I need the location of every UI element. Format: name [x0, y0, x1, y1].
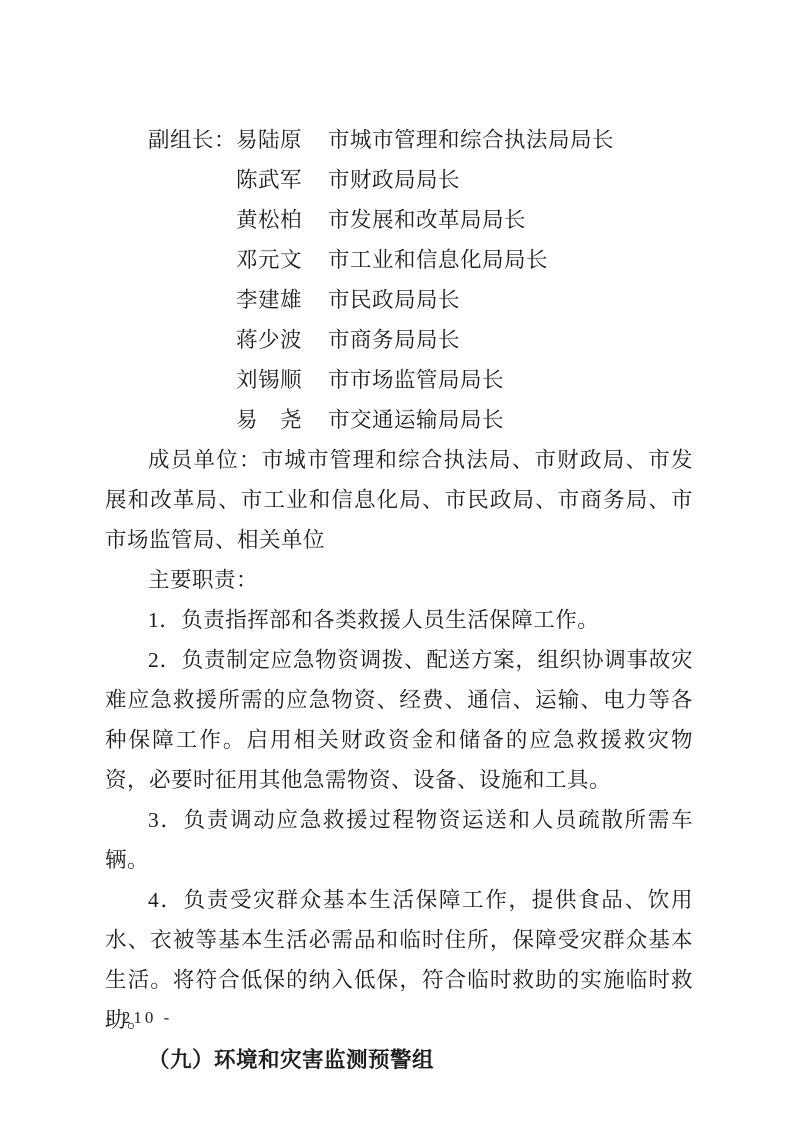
person-title: 市发展和改革局局长 — [328, 200, 526, 240]
person-title: 市商务局局长 — [328, 320, 460, 360]
person-name: 易 尧 — [236, 400, 304, 440]
page-number: - 210 - — [106, 1004, 172, 1032]
person-title: 市交通运输局局长 — [328, 400, 504, 440]
person-name: 邓元文 — [236, 240, 304, 280]
person-name: 易陆原 — [236, 120, 304, 160]
person-title: 市工业和信息化局局长 — [328, 240, 548, 280]
duty-item-3: 3．负责调动应急救援过程物资运送和人员疏散所需车辆。 — [105, 800, 693, 880]
member-units-paragraph: 成员单位：市城市管理和综合执法局、市财政局、市发展和改革局、市工业和信息化局、市… — [105, 440, 693, 560]
deputy-leader-row: 邓元文 市工业和信息化局局长 — [105, 240, 693, 280]
deputy-leaders-label: 副组长： — [148, 120, 236, 160]
indent-spacer — [148, 200, 236, 240]
indent-spacer — [148, 280, 236, 320]
person-name: 黄松柏 — [236, 200, 304, 240]
person-name: 陈武军 — [236, 160, 304, 200]
indent-spacer — [148, 360, 236, 400]
deputy-leader-row: 易 尧 市交通运输局局长 — [105, 400, 693, 440]
duty-item-4: 4．负责受灾群众基本生活保障工作，提供食品、饮用水、衣被等基本生活必需品和临时住… — [105, 880, 693, 1040]
person-name: 李建雄 — [236, 280, 304, 320]
duty-item-1: 1．负责指挥部和各类救援人员生活保障工作。 — [105, 600, 693, 640]
indent-spacer — [148, 320, 236, 360]
person-name: 蒋少波 — [236, 320, 304, 360]
indent-spacer — [148, 400, 236, 440]
deputy-leader-row: 刘锡顺 市市场监管局局长 — [105, 360, 693, 400]
deputy-leader-row: 副组长： 易陆原 市城市管理和综合执法局局长 — [105, 120, 693, 160]
deputy-leader-row: 黄松柏 市发展和改革局局长 — [105, 200, 693, 240]
duties-label: 主要职责： — [105, 560, 693, 600]
deputy-leader-row: 蒋少波 市商务局局长 — [105, 320, 693, 360]
person-title: 市城市管理和综合执法局局长 — [328, 120, 614, 160]
document-body: 副组长： 易陆原 市城市管理和综合执法局局长 陈武军 市财政局局长 黄松柏 市发… — [105, 120, 693, 1080]
person-title: 市财政局局长 — [328, 160, 460, 200]
person-title: 市市场监管局局长 — [328, 360, 504, 400]
person-title: 市民政局局长 — [328, 280, 460, 320]
document-page: 副组长： 易陆原 市城市管理和综合执法局局长 陈武军 市财政局局长 黄松柏 市发… — [0, 0, 793, 1122]
duty-item-2: 2．负责制定应急物资调拨、配送方案，组织协调事故灾难应急救援所需的应急物资、经费… — [105, 640, 693, 800]
deputy-leader-row: 陈武军 市财政局局长 — [105, 160, 693, 200]
indent-spacer — [148, 160, 236, 200]
deputy-leaders-list: 副组长： 易陆原 市城市管理和综合执法局局长 陈武军 市财政局局长 黄松柏 市发… — [105, 120, 693, 440]
person-name: 刘锡顺 — [236, 360, 304, 400]
indent-spacer — [148, 240, 236, 280]
deputy-leader-row: 李建雄 市民政局局长 — [105, 280, 693, 320]
next-section-heading: （九）环境和灾害监测预警组 — [105, 1040, 693, 1080]
